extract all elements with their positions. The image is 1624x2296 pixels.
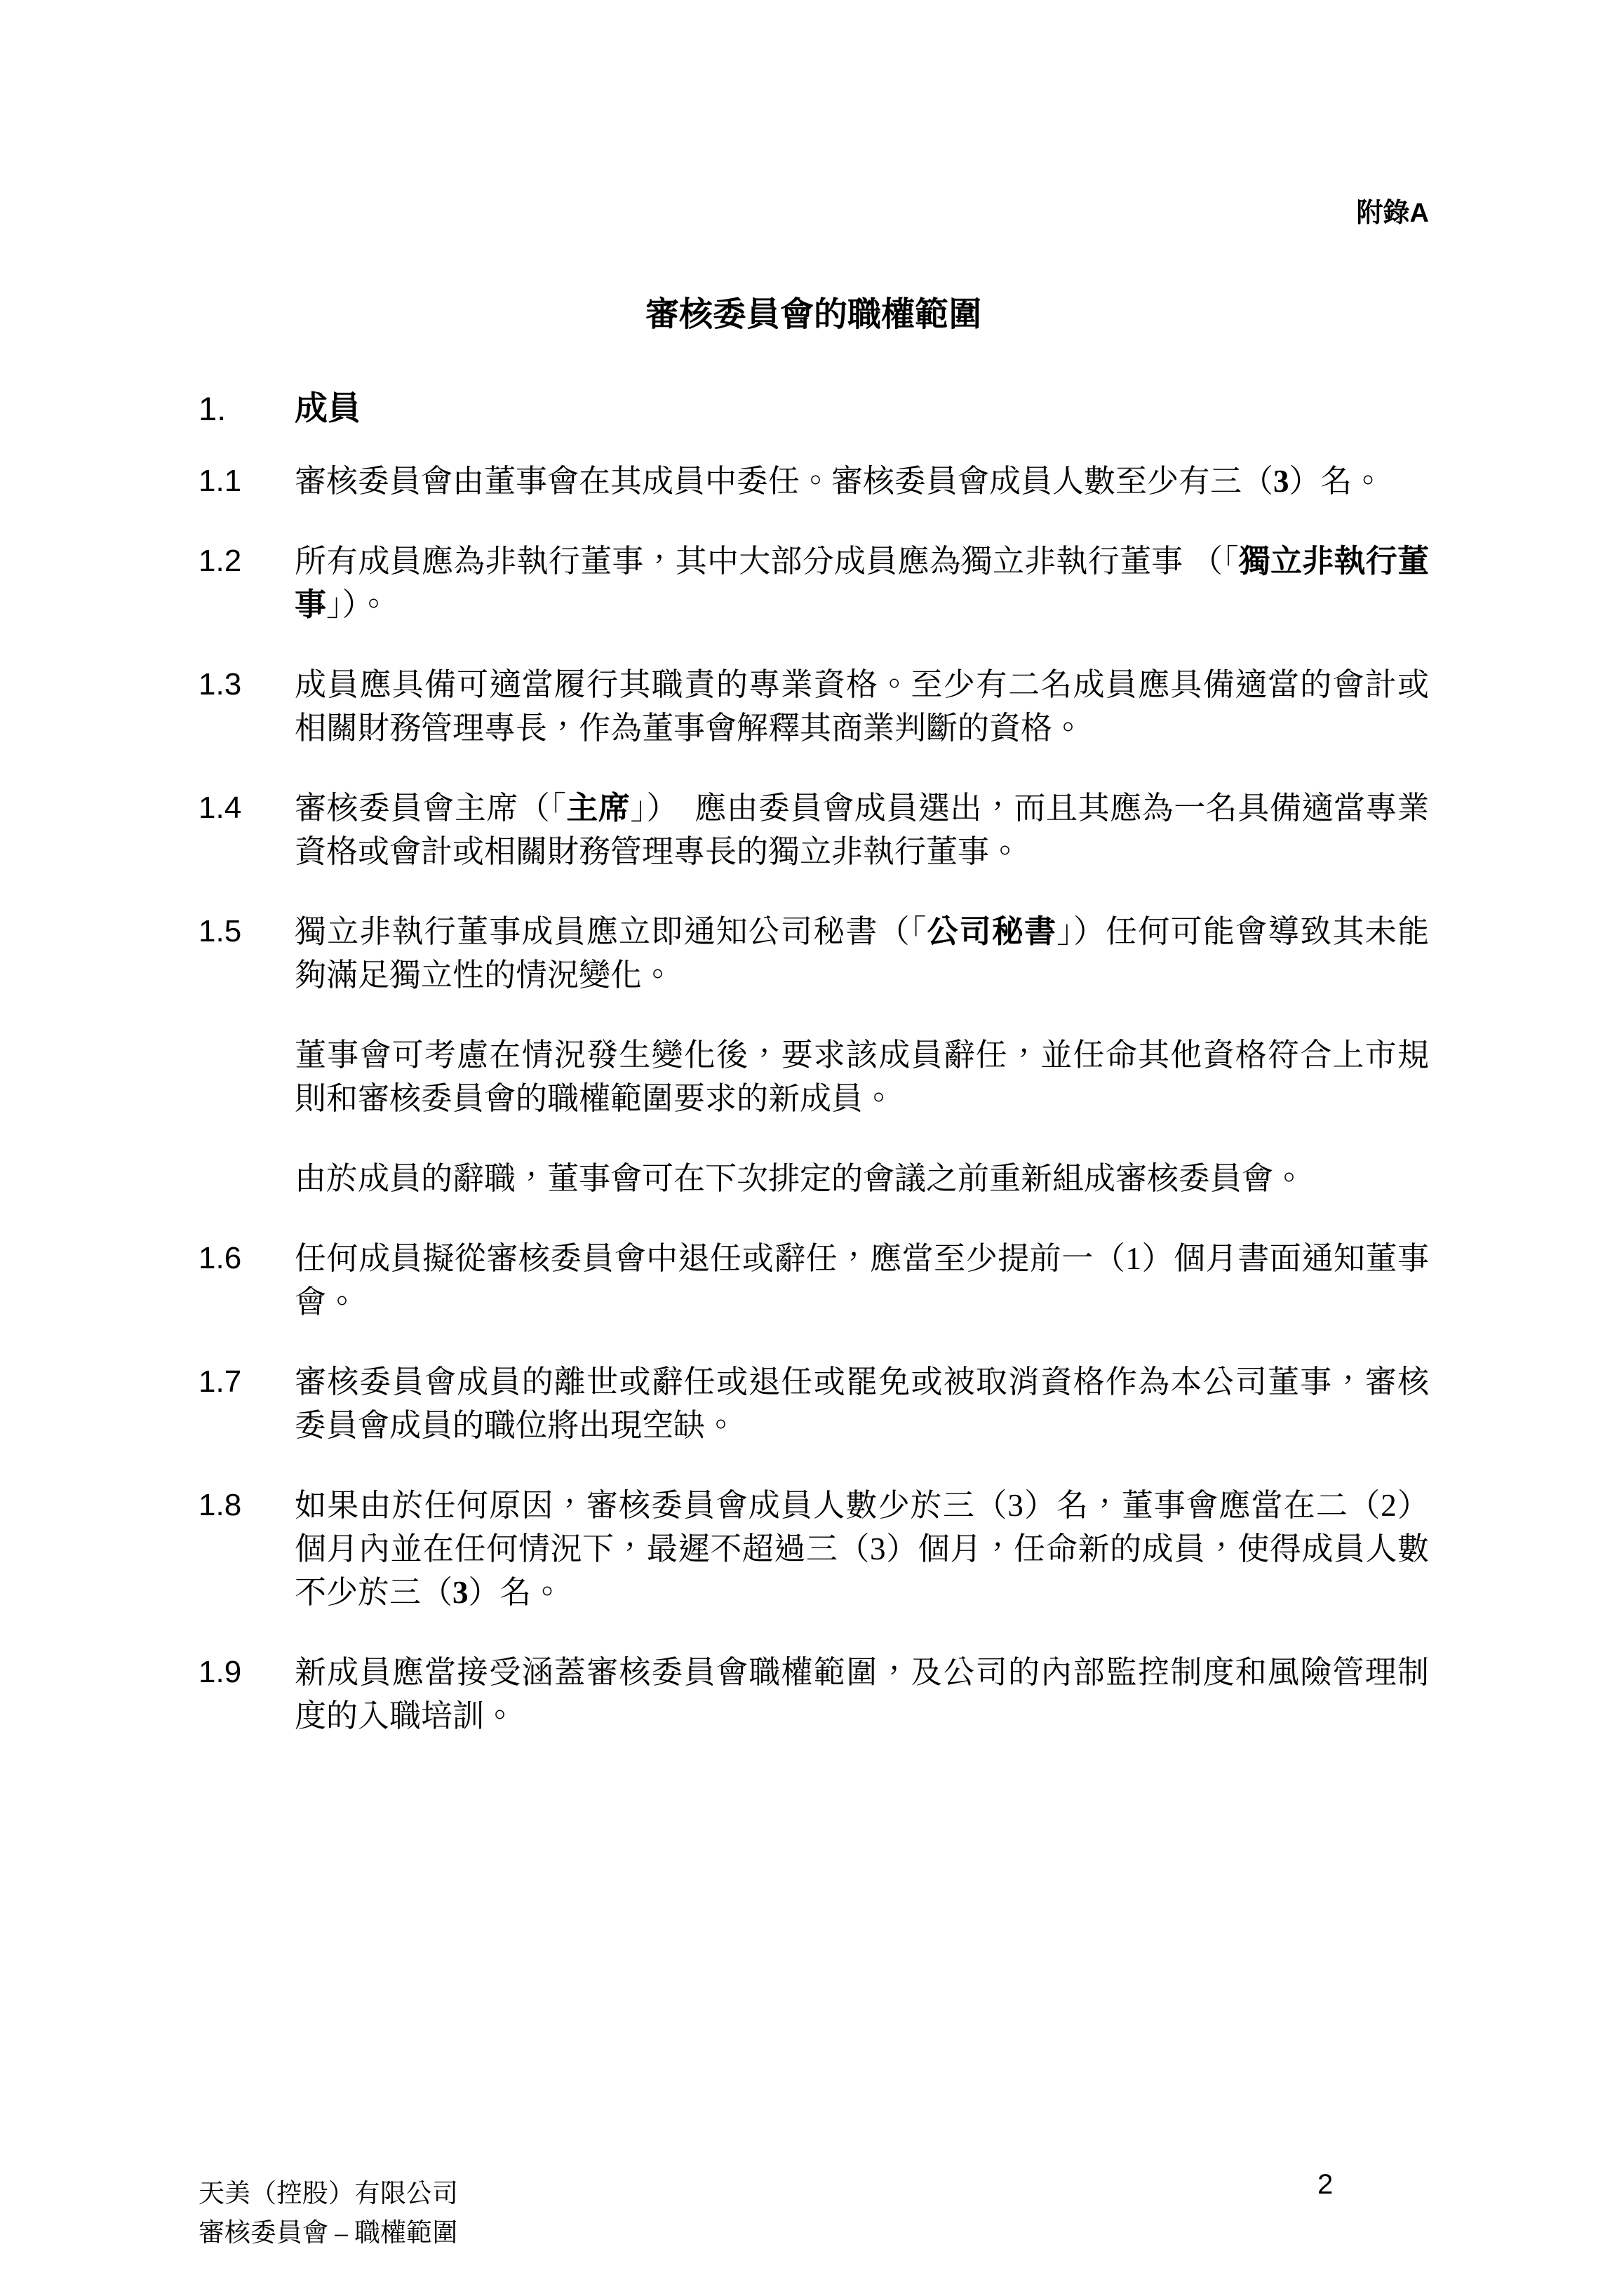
item-text: 獨立非執行董事成員應立即通知公司秘書（「公司秘書」）任何可能會導致其未能夠滿足獨… — [295, 910, 1429, 997]
continuation-paragraph: 董事會可考慮在情況發生變化後，要求該成員辭任，並任命其他資格符合上市規則和審核委… — [199, 1033, 1429, 1120]
item-number: 1.7 — [199, 1360, 295, 1447]
item-text: 新成員應當接受涵蓋審核委員會職權範圍，及公司的內部監控制度和風險管理制度的入職培… — [295, 1651, 1429, 1738]
section-heading: 成員 — [295, 387, 361, 431]
continuation-paragraph: 由於成員的辭職，董事會可在下次排定的會議之前重新組成審核委員會。 — [199, 1157, 1429, 1200]
numbered-item: 1.7審核委員會成員的離世或辭任或退任或罷免或被取消資格作為本公司董事，審核委員… — [199, 1360, 1429, 1447]
item-text: 審核委員會成員的離世或辭任或退任或罷免或被取消資格作為本公司董事，審核委員會成員… — [295, 1360, 1429, 1447]
document-body: 審核委員會的職權範圍 1. 成員 1.1審核委員會由董事會在其成員中委任。審核委… — [199, 293, 1429, 1774]
numbered-item: 1.9新成員應當接受涵蓋審核委員會職權範圍，及公司的內部監控制度和風險管理制度的… — [199, 1651, 1429, 1738]
numbered-item: 1.3成員應具備可適當履行其職責的專業資格。至少有二名成員應具備適當的會計或相關… — [199, 663, 1429, 750]
item-text: 任何成員擬從審核委員會中退任或辭任，應當至少提前一（1）個月書面通知董事會。 — [295, 1237, 1429, 1324]
document-page: 附錄A 審核委員會的職權範圍 1. 成員 1.1審核委員會由董事會在其成員中委任… — [0, 0, 1624, 2296]
page-title: 審核委員會的職權範圍 — [199, 293, 1429, 337]
page-number: 2 — [1317, 2169, 1333, 2200]
section-number: 1. — [199, 387, 295, 431]
item-number — [199, 1033, 295, 1120]
item-text: 如果由於任何原因，審核委員會成員人數少於三（3）名，董事會應當在二（2）個月內並… — [295, 1484, 1429, 1614]
page-footer: 天美（控股）有限公司 審核委員會 – 職權範圍 — [199, 2175, 458, 2253]
item-text: 成員應具備可適當履行其職責的專業資格。至少有二名成員應具備適當的會計或相關財務管… — [295, 663, 1429, 750]
item-number: 1.1 — [199, 459, 295, 503]
item-number — [199, 1157, 295, 1200]
items-list: 1.1審核委員會由董事會在其成員中委任。審核委員會成員人數至少有三（3）名。1.… — [199, 459, 1429, 1738]
item-number: 1.3 — [199, 663, 295, 750]
numbered-item: 1.1審核委員會由董事會在其成員中委任。審核委員會成員人數至少有三（3）名。 — [199, 459, 1429, 503]
item-number: 1.9 — [199, 1651, 295, 1738]
appendix-label: 附錄A — [1357, 198, 1429, 229]
item-number: 1.6 — [199, 1237, 295, 1324]
item-number: 1.2 — [199, 539, 295, 626]
item-number: 1.4 — [199, 786, 295, 873]
item-text: 董事會可考慮在情況發生變化後，要求該成員辭任，並任命其他資格符合上市規則和審核委… — [295, 1033, 1429, 1120]
section-heading-row: 1. 成員 — [199, 387, 1429, 431]
item-number: 1.8 — [199, 1484, 295, 1614]
numbered-item: 1.2所有成員應為非執行董事，其中大部分成員應為獨立非執行董事 （「獨立非執行董… — [199, 539, 1429, 626]
item-text: 審核委員會主席（「主席」） 應由委員會成員選出，而且其應為一名具備適當專業資格或… — [295, 786, 1429, 873]
footer-doc-title: 審核委員會 – 職權範圍 — [199, 2214, 458, 2253]
item-text: 審核委員會由董事會在其成員中委任。審核委員會成員人數至少有三（3）名。 — [295, 459, 1429, 503]
item-text: 所有成員應為非執行董事，其中大部分成員應為獨立非執行董事 （「獨立非執行董事」）… — [295, 539, 1429, 626]
item-text: 由於成員的辭職，董事會可在下次排定的會議之前重新組成審核委員會。 — [295, 1157, 1429, 1200]
numbered-item: 1.8如果由於任何原因，審核委員會成員人數少於三（3）名，董事會應當在二（2）個… — [199, 1484, 1429, 1614]
footer-company: 天美（控股）有限公司 — [199, 2175, 458, 2214]
numbered-item: 1.5獨立非執行董事成員應立即通知公司秘書（「公司秘書」）任何可能會導致其未能夠… — [199, 910, 1429, 997]
numbered-item: 1.6任何成員擬從審核委員會中退任或辭任，應當至少提前一（1）個月書面通知董事會… — [199, 1237, 1429, 1324]
item-number: 1.5 — [199, 910, 295, 997]
numbered-item: 1.4審核委員會主席（「主席」） 應由委員會成員選出，而且其應為一名具備適當專業… — [199, 786, 1429, 873]
